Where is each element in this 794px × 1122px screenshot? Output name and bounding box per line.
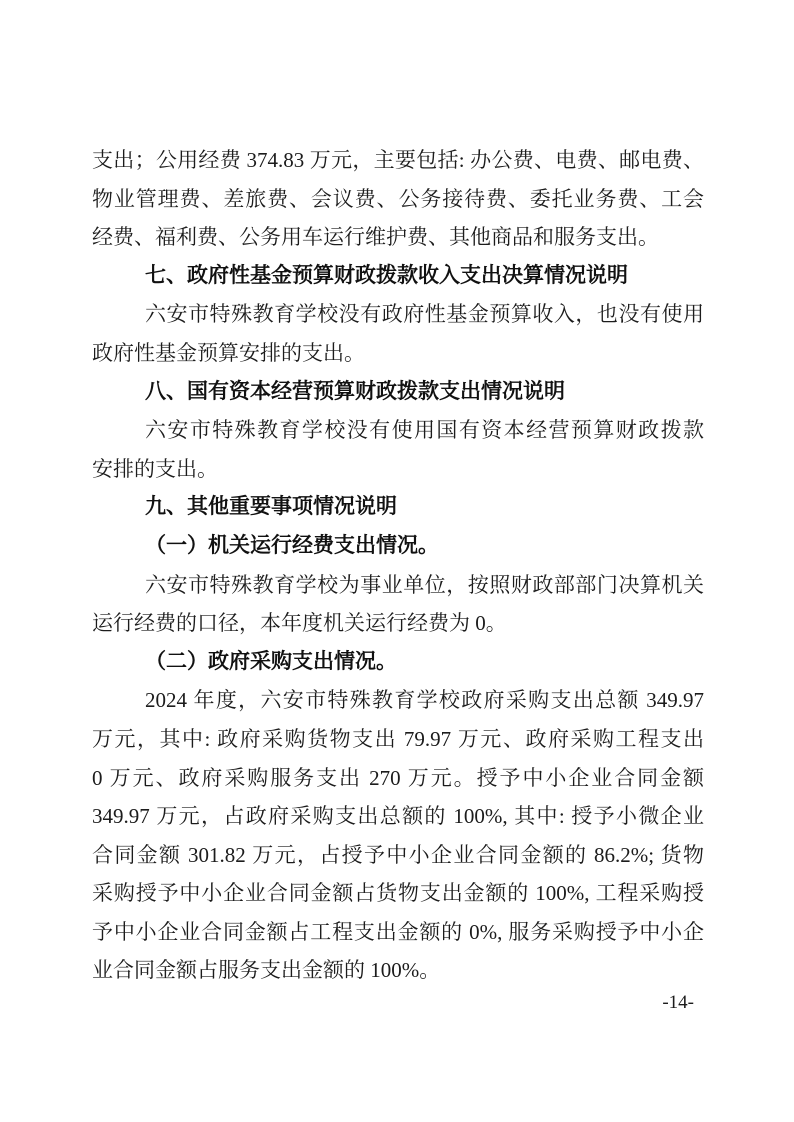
text-line: 0 万元、政府采购服务支出 270 万元。授予中小企业合同金额 <box>92 759 704 798</box>
document-page: 支出；公用经费 374.83 万元，主要包括: 办公费、电费、邮电费、 物业管理… <box>0 0 794 1122</box>
body-text: 支出；公用经费 374.83 万元，主要包括: 办公费、电费、邮电费、 物业管理… <box>92 141 704 990</box>
heading-section-9: 九、其他重要事项情况说明 <box>92 488 704 527</box>
heading-section-8: 八、国有资本经营预算财政拨款支出情况说明 <box>92 373 704 412</box>
heading-subsection-1: （一）机关运行经费支出情况。 <box>92 527 704 566</box>
text-line: 采购授予中小企业合同金额占货物支出金额的 100%, 工程采购授 <box>92 874 704 913</box>
text-line: 运行经费的口径，本年度机关运行经费为 0。 <box>92 604 704 643</box>
text-line: 六安市特殊教育学校没有使用国有资本经营预算财政拨款 <box>92 411 704 450</box>
text-line: 2024 年度，六安市特殊教育学校政府采购支出总额 349.97 <box>92 681 704 720</box>
text-line: 经费、福利费、公务用车运行维护费、其他商品和服务支出。 <box>92 218 704 257</box>
text-line: 安排的支出。 <box>92 450 704 489</box>
text-line: 万元，其中: 政府采购货物支出 79.97 万元、政府采购工程支出 <box>92 720 704 759</box>
heading-section-7: 七、政府性基金预算财政拨款收入支出决算情况说明 <box>92 257 704 296</box>
page-number: -14- <box>92 991 694 1015</box>
text-line: 六安市特殊教育学校没有政府性基金预算收入，也没有使用 <box>92 295 704 334</box>
text-line: 业合同金额占服务支出金额的 100%。 <box>92 951 704 990</box>
text-line: 政府性基金预算安排的支出。 <box>92 334 704 373</box>
text-line: 349.97 万元，占政府采购支出总额的 100%, 其中: 授予小微企业 <box>92 797 704 836</box>
text-line: 六安市特殊教育学校为事业单位，按照财政部部门决算机关 <box>92 566 704 605</box>
text-line: 合同金额 301.82 万元，占授予中小企业合同金额的 86.2%; 货物 <box>92 836 704 875</box>
text-line: 予中小企业合同金额占工程支出金额的 0%, 服务采购授予中小企 <box>92 913 704 952</box>
text-line: 物业管理费、差旅费、会议费、公务接待费、委托业务费、工会 <box>92 180 704 219</box>
heading-subsection-2: （二）政府采购支出情况。 <box>92 643 704 682</box>
text-line: 支出；公用经费 374.83 万元，主要包括: 办公费、电费、邮电费、 <box>92 141 704 180</box>
